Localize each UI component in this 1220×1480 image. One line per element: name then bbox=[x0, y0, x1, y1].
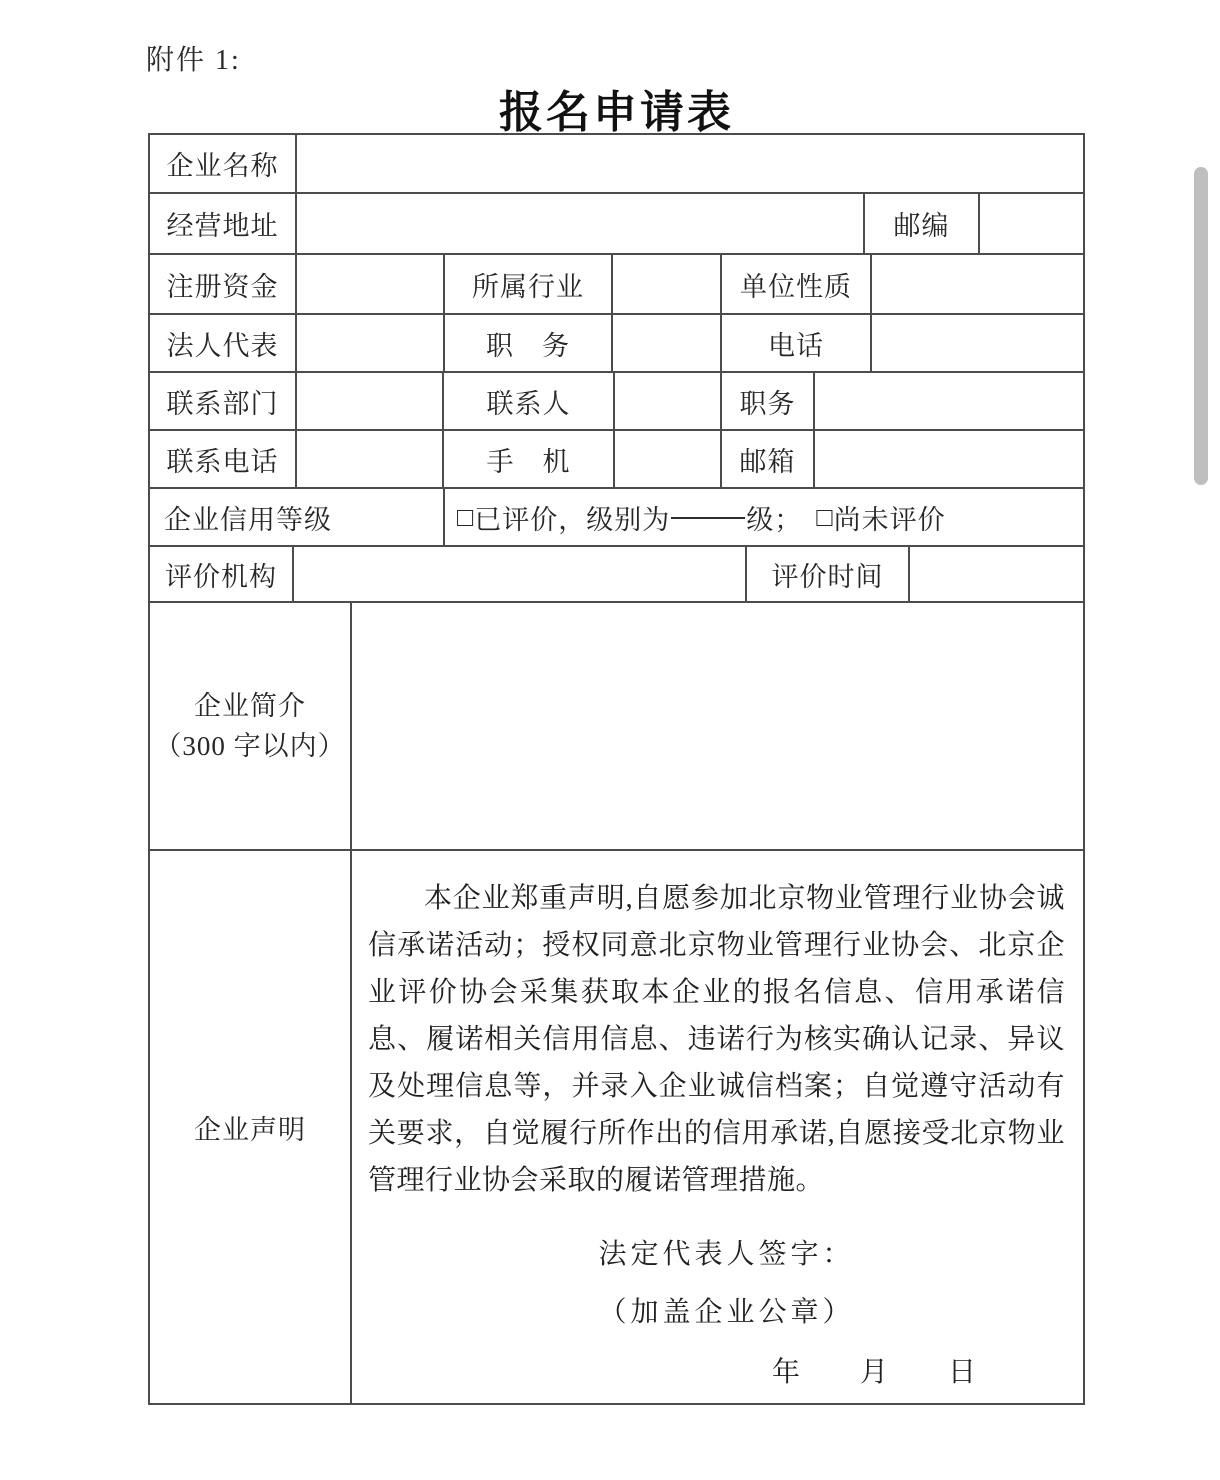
registered-capital-field bbox=[297, 255, 445, 313]
credit-level-suffix: 级； bbox=[746, 498, 802, 537]
legal-rep-field bbox=[297, 315, 445, 371]
legal-rep-label: 法人代表 bbox=[150, 315, 297, 371]
table-row: 联系部门 联系人 职务 bbox=[150, 373, 1083, 431]
contact-phone-field bbox=[297, 431, 444, 487]
unit-nature-label: 单位性质 bbox=[722, 255, 872, 313]
industry-label: 所属行业 bbox=[445, 255, 613, 313]
seal-line: （加盖企业公章） bbox=[368, 1290, 1065, 1336]
contact-position-field bbox=[815, 373, 1083, 429]
signature-line: 法定代表人签字： bbox=[368, 1232, 1065, 1278]
declaration-label: 企业声明 bbox=[150, 851, 352, 1403]
credit-not-evaluated-text: 尚未评价 bbox=[834, 498, 946, 537]
credit-level-blank bbox=[671, 516, 745, 519]
profile-label-line2: （300 字以内） bbox=[154, 726, 345, 766]
credit-rating-options: □已评价，级别为级；□尚未评价 bbox=[445, 489, 1083, 545]
profile-field bbox=[352, 603, 1083, 849]
declaration-text: 本企业郑重声明,自愿参加北京物业管理行业协会诚信承诺活动；授权同意北京物业管理行… bbox=[368, 875, 1065, 1204]
unit-nature-field bbox=[872, 255, 1083, 313]
table-row: 企业信用等级 □已评价，级别为级；□尚未评价 bbox=[150, 489, 1083, 547]
postal-code-field bbox=[980, 194, 1083, 253]
table-row: 联系电话 手 机 邮箱 bbox=[150, 431, 1083, 489]
company-name-label: 企业名称 bbox=[150, 135, 297, 192]
application-form-table: 企业名称 经营地址 邮编 注册资金 所属行业 单位性质 法人代表 职 务 电话 … bbox=[148, 133, 1085, 1405]
document-page: { "page": { "attachment": "附件 1:", "titl… bbox=[0, 0, 1220, 1480]
email-label: 邮箱 bbox=[722, 431, 815, 487]
address-label: 经营地址 bbox=[150, 194, 297, 253]
email-field bbox=[815, 431, 1083, 487]
date-line: 年 月 日 bbox=[368, 1350, 1065, 1396]
eval-time-label: 评价时间 bbox=[747, 547, 910, 601]
contact-person-label: 联系人 bbox=[444, 373, 615, 429]
table-row: 企业声明 本企业郑重声明,自愿参加北京物业管理行业协会诚信承诺活动；授权同意北京… bbox=[150, 851, 1083, 1403]
contact-position-label: 职务 bbox=[722, 373, 815, 429]
contact-person-field bbox=[615, 373, 722, 429]
contact-dept-label: 联系部门 bbox=[150, 373, 297, 429]
mobile-field bbox=[615, 431, 722, 487]
table-row: 企业名称 bbox=[150, 135, 1083, 194]
table-row: 法人代表 职 务 电话 bbox=[150, 315, 1083, 373]
contact-phone-label: 联系电话 bbox=[150, 431, 297, 487]
attachment-label: 附件 1: bbox=[146, 38, 241, 78]
table-row: 注册资金 所属行业 单位性质 bbox=[150, 255, 1083, 315]
postal-code-label: 邮编 bbox=[865, 194, 980, 253]
eval-agency-field bbox=[294, 547, 747, 601]
position-label: 职 务 bbox=[445, 315, 613, 371]
eval-time-field bbox=[910, 547, 1083, 601]
table-row: 企业简介 （300 字以内） bbox=[150, 603, 1083, 851]
address-field bbox=[297, 194, 865, 253]
table-row: 评价机构 评价时间 bbox=[150, 547, 1083, 603]
vertical-scrollbar-thumb[interactable] bbox=[1194, 167, 1208, 485]
registered-capital-label: 注册资金 bbox=[150, 255, 297, 313]
declaration-content: 本企业郑重声明,自愿参加北京物业管理行业协会诚信承诺活动；授权同意北京物业管理行… bbox=[352, 851, 1083, 1403]
checkbox-not-evaluated-icon: □ bbox=[816, 502, 833, 533]
credit-evaluated-text: 已评价，级别为 bbox=[474, 498, 670, 537]
checkbox-evaluated-icon: □ bbox=[457, 502, 474, 533]
eval-agency-label: 评价机构 bbox=[150, 547, 294, 601]
phone-label: 电话 bbox=[722, 315, 872, 371]
credit-rating-label: 企业信用等级 bbox=[150, 489, 445, 545]
profile-label-line1: 企业简介 bbox=[194, 686, 306, 726]
table-row: 经营地址 邮编 bbox=[150, 194, 1083, 255]
position-field bbox=[613, 315, 722, 371]
contact-dept-field bbox=[297, 373, 444, 429]
profile-label: 企业简介 （300 字以内） bbox=[150, 603, 352, 849]
mobile-label: 手 机 bbox=[444, 431, 615, 487]
page-title: 报名申请表 bbox=[148, 76, 1085, 140]
company-name-field bbox=[297, 135, 1083, 192]
industry-field bbox=[613, 255, 722, 313]
phone-field bbox=[872, 315, 1083, 371]
